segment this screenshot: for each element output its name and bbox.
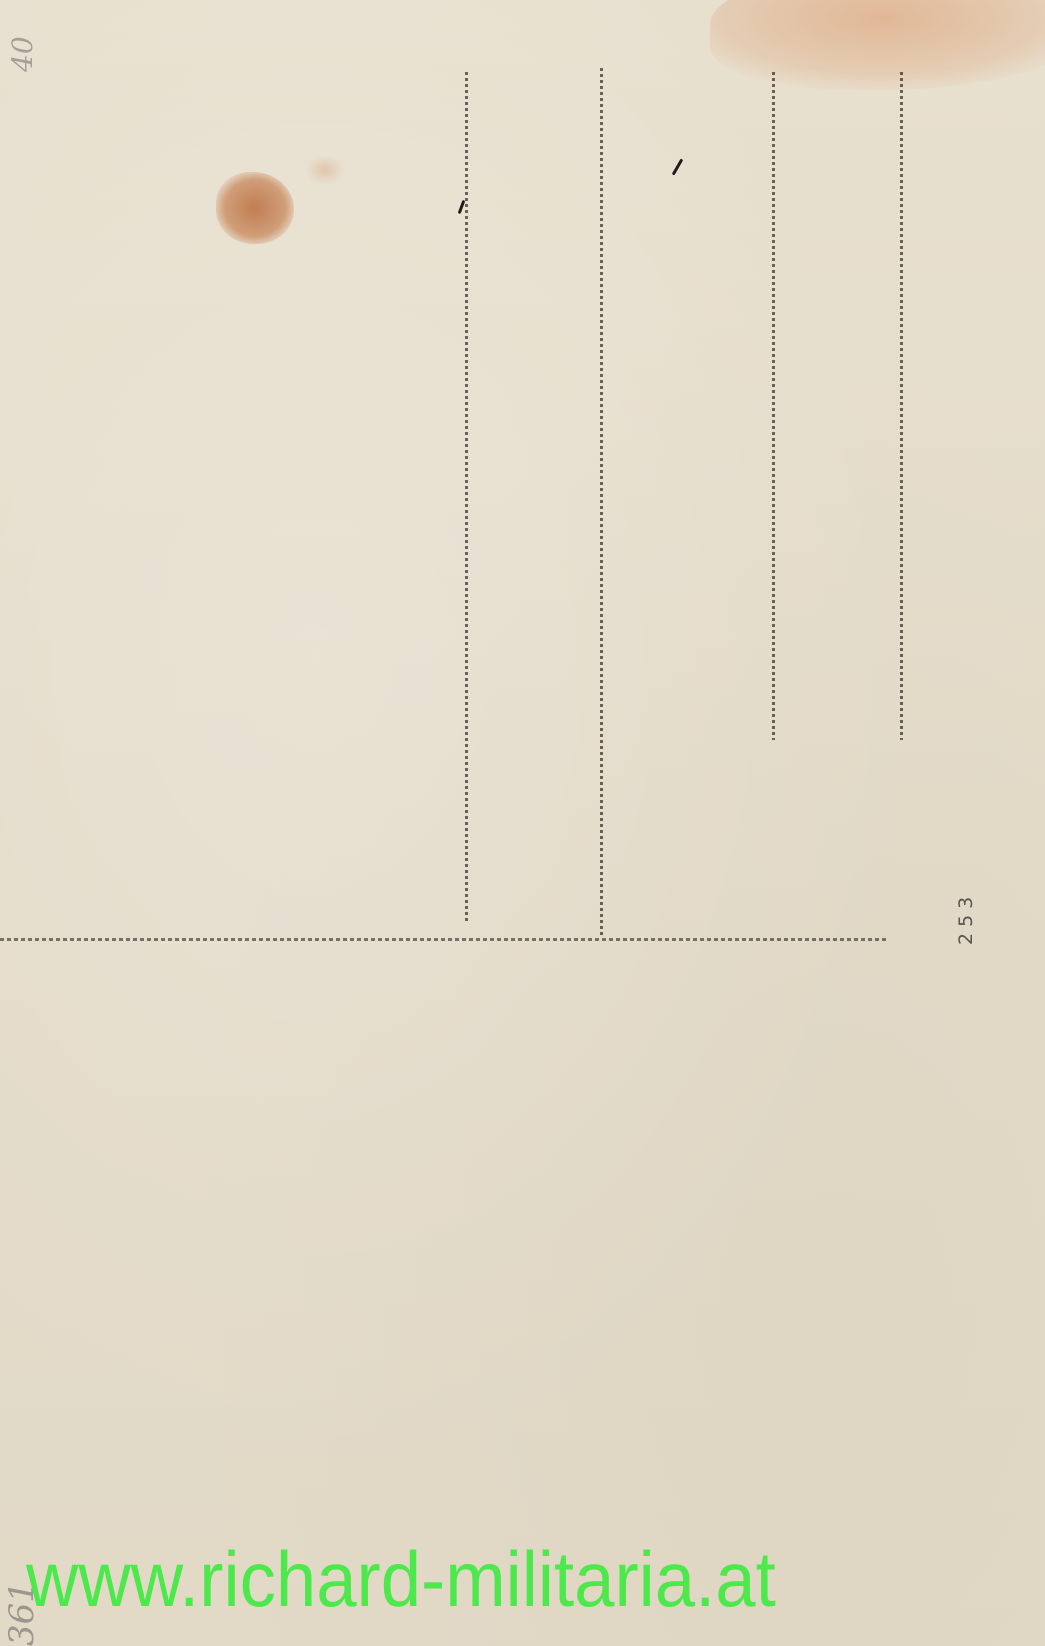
- stain-spot: [216, 172, 294, 244]
- address-line-1: [465, 72, 468, 924]
- address-line-2: [600, 68, 603, 936]
- divider-line: [0, 938, 886, 941]
- postcard-back: [0, 0, 1045, 1646]
- card-number: 253: [955, 891, 977, 945]
- watermark-url: www.richard-militaria.at: [26, 1540, 776, 1618]
- address-line-4: [900, 72, 903, 740]
- address-line-3: [772, 72, 775, 740]
- stain-spot-faint: [305, 155, 345, 185]
- pencil-note-top: 40: [6, 36, 39, 72]
- stain-top-right: [710, 0, 1045, 90]
